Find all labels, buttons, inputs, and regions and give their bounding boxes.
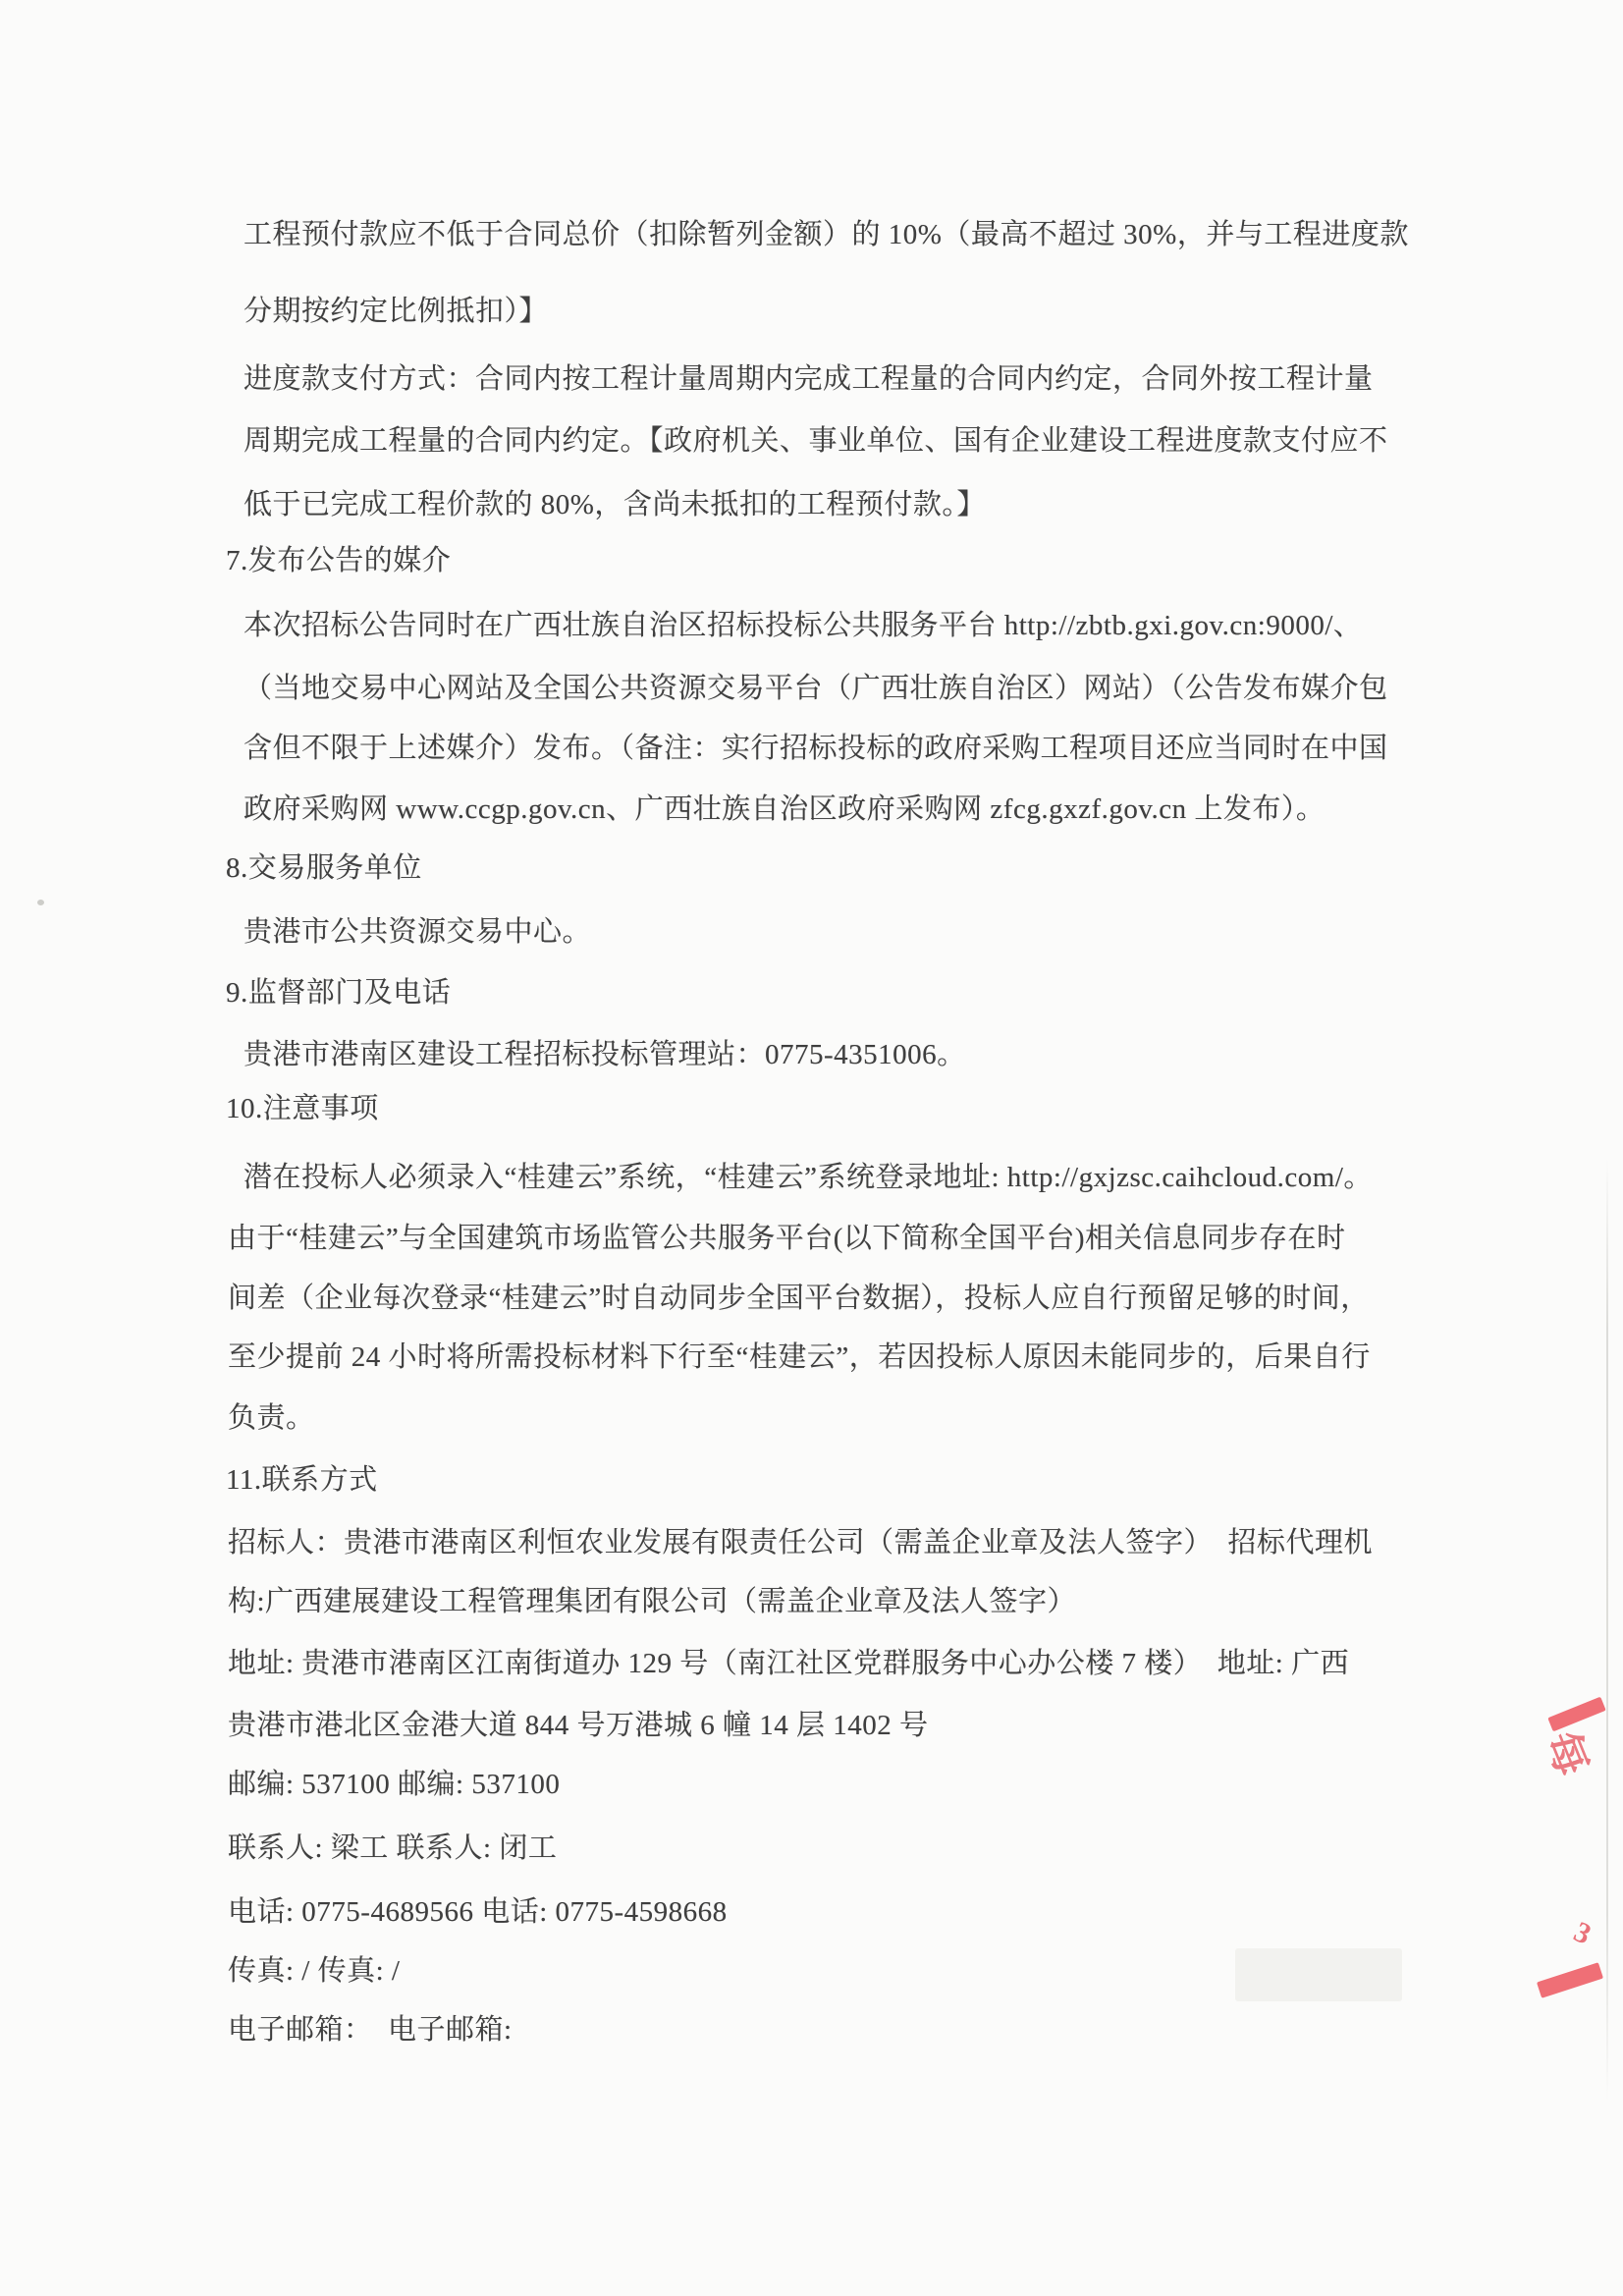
text-line: 贵港市港南区建设工程招标投标管理站：0775-4351006。 xyxy=(243,1037,966,1072)
text-line: 传真: / 传真: / xyxy=(228,1953,400,1989)
text-line: 低于已完成工程价款的 80%，含尚未抵扣的工程预付款。】 xyxy=(243,487,986,522)
text-line: 由于“桂建云”与全国建筑市场监管公共服务平台(以下简称全国平台)相关信息同步存在… xyxy=(228,1221,1346,1256)
section-heading: 7.发布公告的媒介 xyxy=(226,543,451,578)
text-line: 至少提前 24 小时将所需投标材料下行至“桂建云”，若因投标人原因未能同步的，后… xyxy=(228,1339,1371,1375)
text-line: 潜在投标人必须录入“桂建云”系统，“桂建云”系统登录地址: http://gxj… xyxy=(243,1160,1373,1195)
section-heading: 8.交易服务单位 xyxy=(226,850,422,886)
scan-speck xyxy=(37,900,44,905)
text-line: 含但不限于上述媒介）发布。（备注：实行招标投标的政府采购工程项目还应当同时在中国 xyxy=(243,731,1388,766)
text-line: 贵港市公共资源交易中心。 xyxy=(243,914,591,950)
text-line: 招标人：贵港市港南区利恒农业发展有限责任公司（需盖企业章及法人签字） 招标代理机 xyxy=(228,1525,1373,1560)
text-line: 分期按约定比例抵扣）】 xyxy=(243,294,548,329)
text-line: 电子邮箱： 电子邮箱: xyxy=(228,2012,513,2048)
text-line: 贵港市港北区金港大道 844 号万港城 6 幢 14 层 1402 号 xyxy=(228,1708,929,1743)
section-heading: 10.注意事项 xyxy=(226,1091,379,1126)
text-line: （当地交易中心网站及全国公共资源交易平台（广西壮族自治区）网站）（公告发布媒介包 xyxy=(243,671,1388,706)
page-edge-line xyxy=(1606,1159,1608,2102)
red-stamp-fragment: 3 xyxy=(1569,1915,1596,1951)
red-stamp-fragment: 每 xyxy=(1534,1721,1608,1784)
text-line: 政府采购网 www.ccgp.gov.cn、广西壮族自治区政府采购网 zfcg.… xyxy=(243,792,1325,827)
red-stamp-bar xyxy=(1537,1962,1603,1998)
text-line: 间差（企业每次登录“桂建云”时自动同步全国平台数据），投标人应自行预留足够的时间… xyxy=(228,1281,1370,1316)
section-heading: 11.联系方式 xyxy=(226,1462,378,1498)
scan-smudge xyxy=(1235,1948,1402,2001)
text-line: 构:广西建展建设工程管理集团有限公司（需盖企业章及法人签字） xyxy=(228,1584,1076,1619)
document-page: 工程预付款应不低于合同总价（扣除暂列金额）的 10%（最高不超过 30%，并与工… xyxy=(0,0,1623,2296)
section-heading: 9.监督部门及电话 xyxy=(226,975,451,1011)
text-line: 周期完成工程量的合同内约定。【政府机关、事业单位、国有企业建设工程进度款支付应不 xyxy=(243,423,1388,459)
text-line: 本次招标公告同时在广西壮族自治区招标投标公共服务平台 http://zbtb.g… xyxy=(243,608,1362,643)
text-line: 邮编: 537100 邮编: 537100 xyxy=(228,1767,560,1802)
text-line: 地址: 贵港市港南区江南街道办 129 号（南江社区党群服务中心办公楼 7 楼）… xyxy=(228,1646,1349,1681)
text-line: 电话: 0775-4689566 电话: 0775-4598668 xyxy=(228,1894,728,1930)
text-line: 联系人: 梁工 联系人: 闭工 xyxy=(228,1831,557,1866)
text-line: 进度款支付方式：合同内按工程计量周期内完成工程量的合同内约定，合同外按工程计量 xyxy=(243,361,1374,397)
text-line: 工程预付款应不低于合同总价（扣除暂列金额）的 10%（最高不超过 30%，并与工… xyxy=(243,217,1409,252)
text-line: 负责。 xyxy=(228,1400,315,1436)
